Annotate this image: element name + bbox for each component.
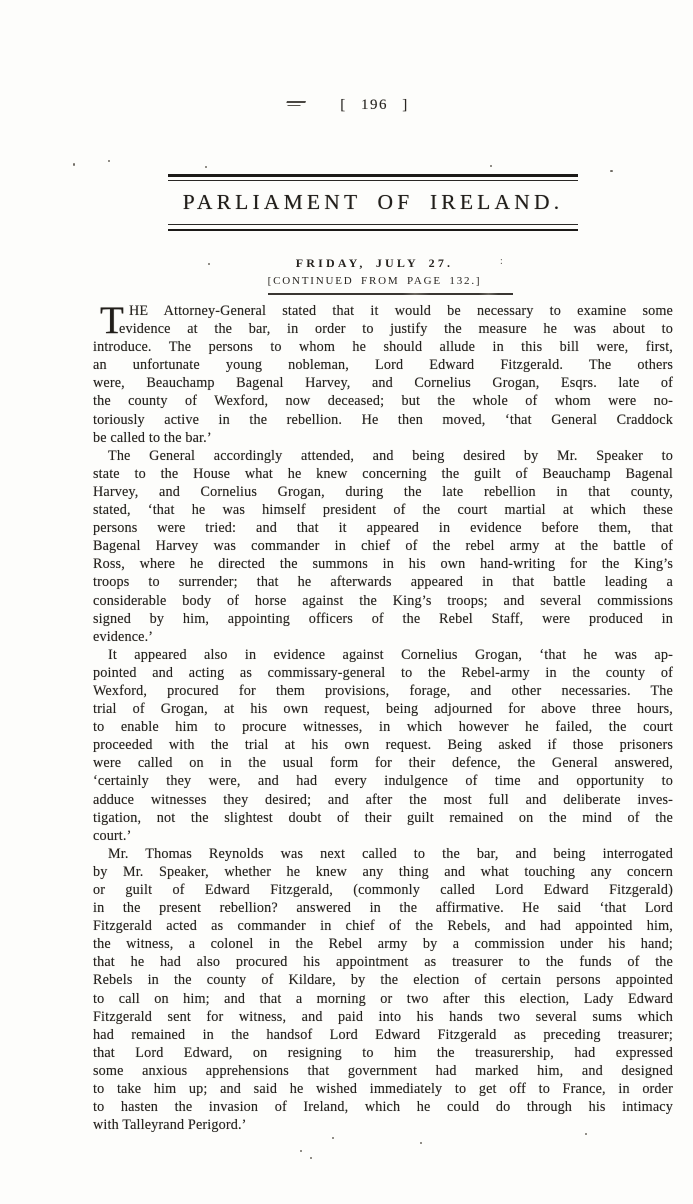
text-line: that Lord Edward, on resigning to him th…: [93, 1044, 673, 1062]
scan-speck: [208, 263, 210, 265]
paragraph: Mr. Thomas Reynolds was next called to t…: [93, 845, 673, 1135]
dateline: FRIDAY, JULY 27.: [56, 256, 693, 271]
scan-speck: [610, 170, 613, 172]
text-line: had remained in the handsof Lord Edward …: [93, 1026, 673, 1044]
body-text: THE Attorney-General stated that it woul…: [93, 302, 673, 1134]
text-line: tigation, not the slightest doubt of the…: [93, 809, 673, 827]
scan-speck: [205, 166, 207, 168]
text-line: considerable body of horse against the K…: [93, 592, 673, 610]
text-line: Fitzgerald sent for witness, and paid in…: [93, 1008, 673, 1026]
scan-speck: [108, 160, 110, 162]
continued-note: [CONTINUED FROM PAGE 132.]: [56, 275, 693, 287]
text-line: proceeded with the trial at his own requ…: [93, 736, 673, 754]
text-line: with Talleyrand Perigord.’: [93, 1116, 673, 1134]
text-line: signed by him, appointing officers of th…: [93, 610, 673, 628]
text-line: The General accordingly attended, and be…: [93, 447, 673, 465]
text-line: in the present rebellion? answered in th…: [93, 899, 673, 917]
text-line: court.’: [93, 827, 673, 845]
text-line: It appeared also in evidence against Cor…: [93, 646, 673, 664]
text-line: Wexford, procured for them provisions, f…: [93, 682, 673, 700]
text-line: an unfortunate young nobleman, Lord Edwa…: [93, 356, 673, 374]
text-line: troops to surrender; that he afterwards …: [93, 573, 673, 591]
text-line: stated, ‘that he was himself president o…: [93, 501, 673, 519]
text-line: were, Beauchamp Bagenal Harvey, and Corn…: [93, 374, 673, 392]
continued-note-underline: [268, 293, 513, 295]
text-line: ‘certainly they were, and had every indu…: [93, 772, 673, 790]
text-line: trial of Grogan, at his own request, bei…: [93, 700, 673, 718]
title-block: PARLIAMENT OF IRELAND.: [168, 174, 578, 231]
paragraph: It appeared also in evidence against Cor…: [93, 646, 673, 845]
scan-speck: [332, 1137, 334, 1139]
scanned-page: { "header": { "folio": "[ 196 ]", "title…: [0, 0, 693, 1204]
scan-speck: [310, 1157, 312, 1159]
bottom-rule-thick: [168, 229, 578, 232]
scan-speck: [420, 1142, 422, 1144]
text-line: the county of Wexford, now deceased; but…: [93, 392, 673, 410]
scan-speck: [73, 163, 75, 166]
text-line: HE Attorney-General stated that it would…: [93, 302, 673, 320]
stray-ink-mark: :: [500, 256, 503, 267]
text-line: introduce. The persons to whom he should…: [93, 338, 673, 356]
text-line: be called to the bar.’: [93, 429, 673, 447]
text-line: persons were tried: and that it appeared…: [93, 519, 673, 537]
text-line: state to the House what he knew concerni…: [93, 465, 673, 483]
text-line: evidence.’: [93, 628, 673, 646]
drop-cap: T: [100, 304, 124, 337]
text-line: by Mr. Speaker, whether he knew any thin…: [93, 863, 673, 881]
text-line: the witness, a colonel in the Rebel army…: [93, 935, 673, 953]
paragraph: The General accordingly attended, and be…: [93, 447, 673, 646]
text-line: Mr. Thomas Reynolds was next called to t…: [93, 845, 673, 863]
text-line: evidence at the bar, in order to justify…: [93, 320, 673, 338]
scan-speck: [585, 1133, 587, 1135]
text-line: Fitzgerald acted as commander in chief o…: [93, 917, 673, 935]
paragraph: THE Attorney-General stated that it woul…: [93, 302, 673, 447]
text-line: adduce witnesses they desired; and after…: [93, 791, 673, 809]
text-line: Bagenal Harvey was commander in chief of…: [93, 537, 673, 555]
text-line: Ross, where he directed the summons in h…: [93, 555, 673, 573]
text-line: some anxious apprehensions that governme…: [93, 1062, 673, 1080]
folio-page-number: [ 196 ]: [56, 97, 693, 114]
text-line: toriously active in the rebellion. He th…: [93, 411, 673, 429]
text-line: to call on him; and that a morning or tw…: [93, 990, 673, 1008]
text-line: to enable him to procure witnesses, in w…: [93, 718, 673, 736]
text-line: Rebels in the county of Kildare, by the …: [93, 971, 673, 989]
text-line: that he had also procured his appointmen…: [93, 953, 673, 971]
text-line: to hasten the invasion of Ireland, which…: [93, 1098, 673, 1116]
text-line: to take him up; and said he wished immed…: [93, 1080, 673, 1098]
page-title: PARLIAMENT OF IRELAND.: [168, 190, 578, 215]
text-line: Harvey, and Cornelius Grogan, during the…: [93, 483, 673, 501]
text-line: pointed and acting as commissary-general…: [93, 664, 673, 682]
top-rule-thin: [168, 180, 578, 181]
text-line: were called on in the usual form for the…: [93, 754, 673, 772]
scan-speck: [490, 165, 492, 167]
text-line: or guilt of Edward Fitzgerald, (commonly…: [93, 881, 673, 899]
scan-speck: [300, 1150, 302, 1152]
